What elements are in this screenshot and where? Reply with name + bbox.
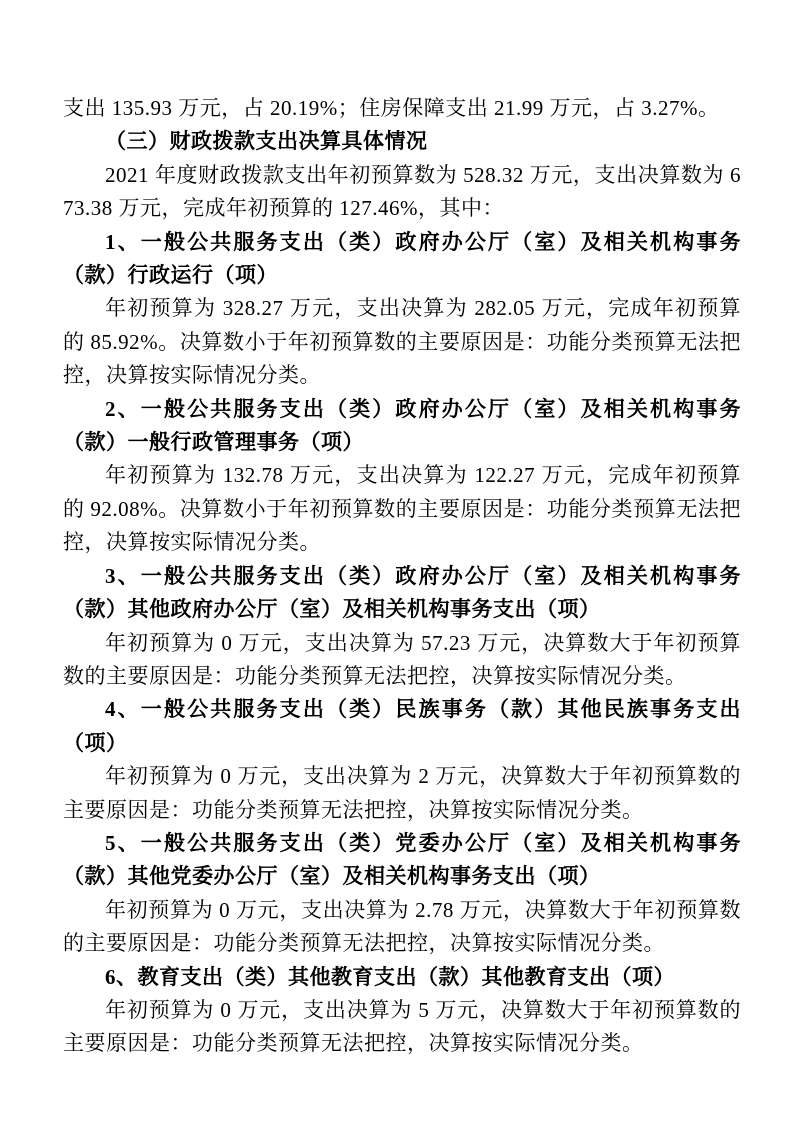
paragraph-item-5-detail: 年初预算为 0 万元，支出决算为 2.78 万元，决算数大于年初预算数的主要原因… [63, 894, 741, 961]
document-page: 支出 135.93 万元，占 20.19%；住房保障支出 21.99 万元，占 … [0, 0, 793, 1122]
item-heading-6-education-expenditure: 6、教育支出（类）其他教育支出（款）其他教育支出（项） [63, 961, 741, 994]
paragraph-item-3-detail: 年初预算为 0 万元，支出决算为 57.23 万元，决算数大于年初预算数的主要原… [63, 627, 741, 694]
document-body: 支出 135.93 万元，占 20.19%；住房保障支出 21.99 万元，占 … [63, 92, 741, 1061]
section-heading-fiscal-appropriation-details: （三）财政拨款支出决算具体情况 [63, 125, 741, 158]
paragraph-housing-expenditure-continuation: 支出 135.93 万元，占 20.19%；住房保障支出 21.99 万元，占 … [63, 92, 741, 125]
item-heading-1-administrative-operation: 1、一般公共服务支出（类）政府办公厅（室）及相关机构事务（款）行政运行（项） [63, 226, 741, 293]
paragraph-item-4-detail: 年初预算为 0 万元，支出决算为 2 万元，决算数大于年初预算数的主要原因是：功… [63, 760, 741, 827]
paragraph-2021-overview: 2021 年度财政拨款支出年初预算数为 528.32 万元，支出决算数为 673… [63, 159, 741, 226]
item-heading-2-general-administrative-affairs: 2、一般公共服务支出（类）政府办公厅（室）及相关机构事务（款）一般行政管理事务（… [63, 393, 741, 460]
paragraph-item-1-detail: 年初预算为 328.27 万元，支出决算为 282.05 万元，完成年初预算的 … [63, 292, 741, 392]
item-heading-5-party-committee-office-affairs: 5、一般公共服务支出（类）党委办公厅（室）及相关机构事务（款）其他党委办公厅（室… [63, 827, 741, 894]
paragraph-item-2-detail: 年初预算为 132.78 万元，支出决算为 122.27 万元，完成年初预算的 … [63, 459, 741, 559]
item-heading-3-other-government-office-affairs: 3、一般公共服务支出（类）政府办公厅（室）及相关机构事务（款）其他政府办公厅（室… [63, 560, 741, 627]
item-heading-4-ethnic-affairs: 4、一般公共服务支出（类）民族事务（款）其他民族事务支出（项） [63, 693, 741, 760]
paragraph-item-6-detail: 年初预算为 0 万元，支出决算为 5 万元，决算数大于年初预算数的主要原因是：功… [63, 994, 741, 1061]
